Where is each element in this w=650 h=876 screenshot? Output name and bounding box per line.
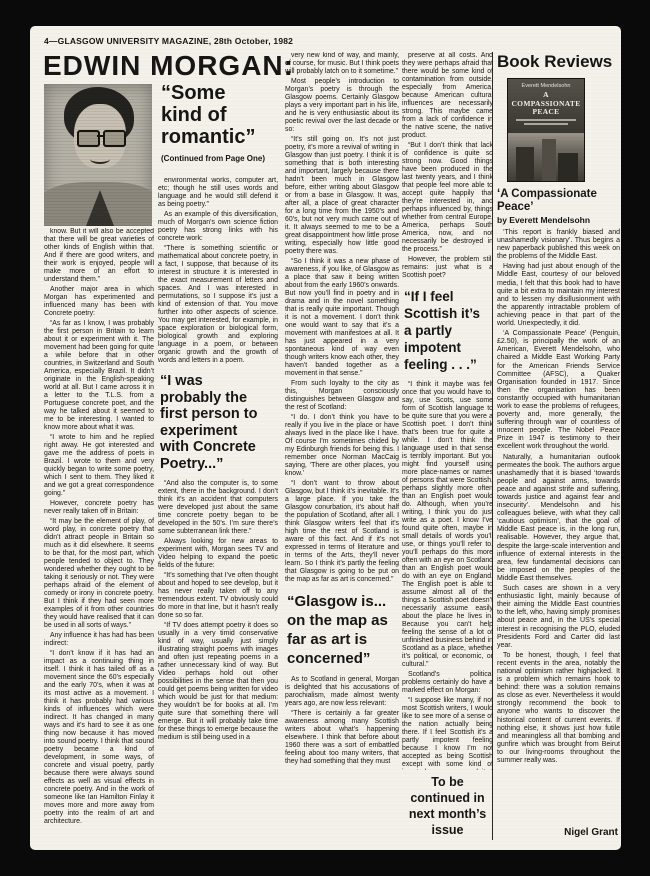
- book-cover-subtitle-bar: [524, 123, 568, 125]
- paragraph: “I wrote to him and he replied right awa…: [44, 434, 154, 498]
- paragraph: environmental works, computer art, etc; …: [158, 177, 278, 209]
- paragraph: “It’s still going on. It’s not just poet…: [285, 136, 399, 256]
- continued-from-note: (Continued from Page One): [161, 154, 265, 163]
- cover-building-shape: [516, 147, 534, 181]
- paragraph: Another major area in which Morgan has e…: [44, 286, 154, 318]
- paragraph: Such cases are shown in a very enthusias…: [497, 585, 620, 650]
- paragraph: ‘A Compassionate Peace’ (Penguin, £2.50)…: [497, 330, 620, 451]
- book-cover-title: A COMPASSIONATE PEACE: [508, 91, 584, 117]
- review-body: ‘This report is frankly biased and unash…: [497, 229, 620, 765]
- paragraph: As to Scotland in general, Morgan is del…: [285, 676, 399, 708]
- pullquote-if-i-feel-scottish: “If I feel Scottish it’s a partly impote…: [404, 288, 490, 373]
- column-3-bottom-text: As to Scotland in general, Morgan is del…: [285, 676, 399, 766]
- pullquote-concrete-poetry: “I was probably the first person to expe…: [160, 373, 260, 472]
- paragraph: very new kind of way, and mainly, of cou…: [285, 52, 399, 76]
- article-column-2: environmental works, computer art, etc; …: [158, 177, 278, 840]
- paragraph: As an example of this diversification, m…: [158, 211, 278, 243]
- edwin-morgan-photo: [44, 84, 152, 226]
- paragraph: Naturally, a humanitarian outlook permea…: [497, 454, 620, 584]
- paragraph: “There is something scientific or mathem…: [158, 245, 278, 365]
- magazine-scan: 4—GLASGOW UNIVERSITY MAGAZINE, 28th Octo…: [0, 0, 650, 876]
- reviewer-byline: Nigel Grant: [497, 827, 618, 838]
- paragraph: “I don’t want to throw about Glasgow, bu…: [285, 480, 399, 584]
- headline-quote: “Some kind of romantic”: [161, 82, 259, 148]
- pullquote-glasgow-on-the-map: “Glasgow is... on the map as far as art …: [287, 592, 395, 668]
- paragraph: Scotland’s political problems certainly …: [402, 671, 493, 695]
- paragraph: “It may be the element of play, of word …: [44, 518, 154, 630]
- column-4-top-text: preserve at all costs. And they were per…: [402, 52, 493, 280]
- paragraph: “As far as I know, I was probably the fi…: [44, 320, 154, 432]
- paragraph: Always looking for new areas to experime…: [158, 538, 278, 570]
- paragraph: “But I don’t think that lack of confiden…: [402, 142, 493, 254]
- paragraph: Having had just about enough of the Midd…: [497, 263, 620, 328]
- article-column-1: know. But it will also be accepted that …: [44, 228, 154, 840]
- book-reviews-section: Book Reviews Everett Mendelsohn A COMPAS…: [497, 52, 620, 824]
- paragraph: However, the problem still remains: just…: [402, 256, 493, 280]
- photo-grain-overlay: [44, 84, 152, 226]
- paragraph: ‘This report is frankly biased and unash…: [497, 229, 620, 261]
- paragraph: To be honest, though, I feel that recent…: [497, 652, 620, 765]
- paragraph: “There is certainly a far greater awaren…: [285, 710, 399, 766]
- book-reviews-heading: Book Reviews: [497, 52, 620, 72]
- book-cover-author: Everett Mendelsohn: [508, 83, 584, 89]
- column-3-top-text: very new kind of way, and mainly, of cou…: [285, 52, 399, 584]
- paragraph: “I don’t know if it has had an impact as…: [44, 650, 154, 826]
- cover-building-shape: [542, 139, 556, 181]
- paragraph: “If TV does attempt poetry it does so us…: [158, 622, 278, 742]
- review-author: by Everett Mendelsohn: [497, 215, 620, 225]
- paragraph: “I do. I don’t think you have to really …: [285, 414, 399, 478]
- paragraph: Any influence it has had has been indire…: [44, 632, 154, 648]
- paragraph: know. But it will also be accepted that …: [44, 228, 154, 284]
- to-be-continued-note: To be continued in next month’s issue: [402, 774, 493, 838]
- book-cover-photo: [508, 133, 584, 181]
- paragraph: “I suppose like many, if not most Scotti…: [402, 697, 493, 770]
- article-column-3: very new kind of way, and mainly, of cou…: [285, 52, 399, 842]
- paragraph: preserve at all costs. And they were per…: [402, 52, 493, 140]
- paragraph: Most people’s introduction to Morgan’s p…: [285, 78, 399, 134]
- paragraph: “It’s something that I’ve often thought …: [158, 572, 278, 620]
- column-2-top-text: environmental works, computer art, etc; …: [158, 177, 278, 365]
- cover-building-shape: [558, 153, 578, 181]
- column-4-bottom-text: “I think it maybe was felt once that you…: [402, 381, 493, 770]
- column-1-text: know. But it will also be accepted that …: [44, 228, 154, 826]
- paragraph: “I think it maybe was felt once that you…: [402, 381, 493, 669]
- paragraph: “So I think it was a new phase of awaren…: [285, 258, 399, 378]
- page-header: 4—GLASGOW UNIVERSITY MAGAZINE, 28th Octo…: [44, 36, 293, 46]
- column-2-bottom-text: “And also the computer is, to some exten…: [158, 480, 278, 742]
- paragraph: “And also the computer is, to some exten…: [158, 480, 278, 536]
- book-cover-subtitle-bar: [516, 119, 577, 121]
- magazine-page: 4—GLASGOW UNIVERSITY MAGAZINE, 28th Octo…: [30, 26, 621, 850]
- book-cover: Everett Mendelsohn A COMPASSIONATE PEACE: [507, 78, 585, 182]
- article-column-4: preserve at all costs. And they were per…: [402, 52, 493, 770]
- article-headline: EDWIN MORGAN:: [43, 50, 294, 82]
- paragraph: From such loyalty to the city as this, M…: [285, 380, 399, 412]
- review-title: ‘A Compassionate Peace’: [497, 188, 620, 214]
- paragraph: However, concrete poetry has never reall…: [44, 500, 154, 516]
